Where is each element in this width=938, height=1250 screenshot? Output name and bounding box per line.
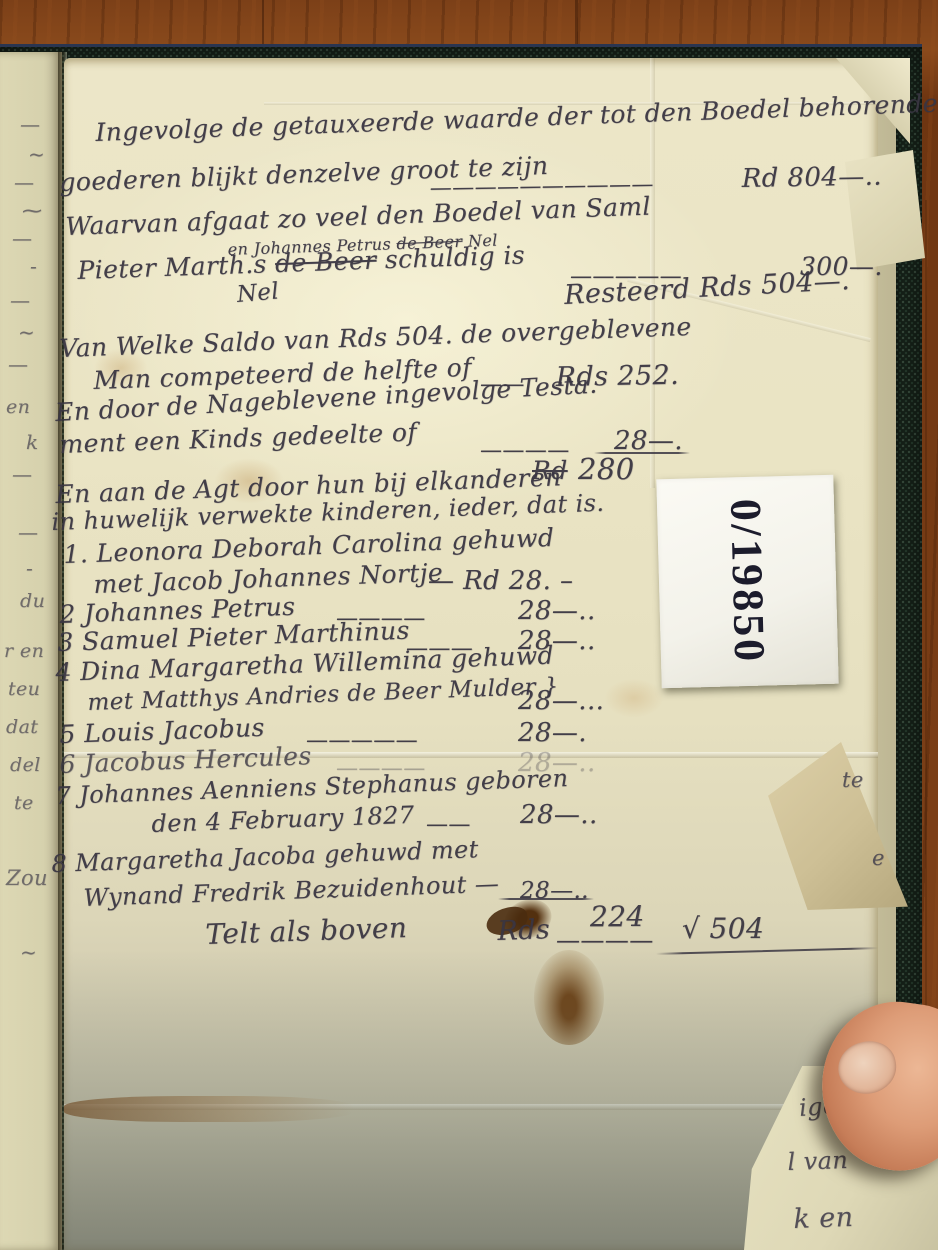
left-page-fragment: k bbox=[26, 430, 39, 454]
left-page-fragment: — bbox=[20, 112, 40, 136]
left-page-fragment: - bbox=[26, 556, 33, 580]
left-page-fragment: ~ bbox=[28, 142, 45, 166]
handwritten-line: Ingevolge de getauxeerde waarde der tot … bbox=[95, 89, 938, 147]
handwritten-line: —— bbox=[426, 812, 471, 837]
fingernail bbox=[834, 1037, 900, 1098]
left-page-fragment: — bbox=[14, 170, 34, 194]
edge-fragment: e bbox=[872, 846, 885, 870]
handwritten-line: √ 504 bbox=[682, 912, 764, 945]
handwritten-line: den 4 February 1827 bbox=[151, 801, 415, 838]
left-page-fragment: - bbox=[30, 254, 37, 278]
left-page-fragment: du bbox=[20, 590, 45, 612]
left-page-fragment: Zou bbox=[6, 866, 48, 890]
left-page-fragment: — bbox=[12, 226, 32, 250]
left-page-fragment: — bbox=[10, 288, 30, 312]
handwritten-line: Rds bbox=[497, 914, 551, 947]
left-page-fragment: dat bbox=[6, 716, 38, 738]
underlying-page-fragment: l van bbox=[787, 1146, 849, 1176]
handwriting-layer: Ingevolge de getauxeerde waarde der tot … bbox=[0, 0, 938, 1250]
photo-of-document: 0/19850 Ingevolge de getauxeerde waarde … bbox=[0, 0, 938, 1250]
handwritten-line: Wynand Fredrik Bezuidenhout — bbox=[83, 870, 500, 912]
left-page-fragment: r en bbox=[4, 640, 44, 662]
handwritten-line: 28—... bbox=[518, 686, 604, 716]
handwritten-line: Telt als boven bbox=[205, 911, 408, 951]
left-page-fragment: del bbox=[10, 754, 41, 776]
underlying-page-fragment: k en bbox=[793, 1202, 854, 1235]
left-page-fragment: — bbox=[8, 352, 28, 376]
handwritten-line: 280 bbox=[578, 452, 635, 486]
handwritten-line: 28—.. bbox=[518, 596, 596, 626]
edge-fragment: te bbox=[842, 768, 864, 792]
left-page-fragment: — bbox=[12, 462, 32, 486]
handwritten-line: 28—.. bbox=[520, 878, 589, 904]
left-page-fragment: — bbox=[18, 520, 38, 544]
handwritten-line: — Rd 28. – bbox=[428, 566, 573, 596]
left-page-fragment: en bbox=[6, 396, 30, 418]
handwritten-line: Nel bbox=[236, 278, 280, 308]
handwritten-line: Waarvan afgaat zo veel den Boedel van Sa… bbox=[65, 192, 651, 241]
handwritten-line: ———— bbox=[556, 926, 654, 954]
left-page-fragment: teu bbox=[8, 678, 40, 700]
handwritten-line: ————— bbox=[306, 728, 418, 753]
left-page-fragment: te bbox=[14, 792, 34, 814]
handwritten-line: Rd 804—.. bbox=[741, 162, 882, 194]
handwritten-line: 28—. bbox=[518, 718, 587, 748]
left-page-fragment: ~ bbox=[18, 320, 35, 344]
left-page-fragment: ~ bbox=[20, 940, 37, 964]
left-page-fragment: ⁓ bbox=[22, 198, 42, 222]
handwritten-line: 28—.. bbox=[520, 800, 598, 830]
